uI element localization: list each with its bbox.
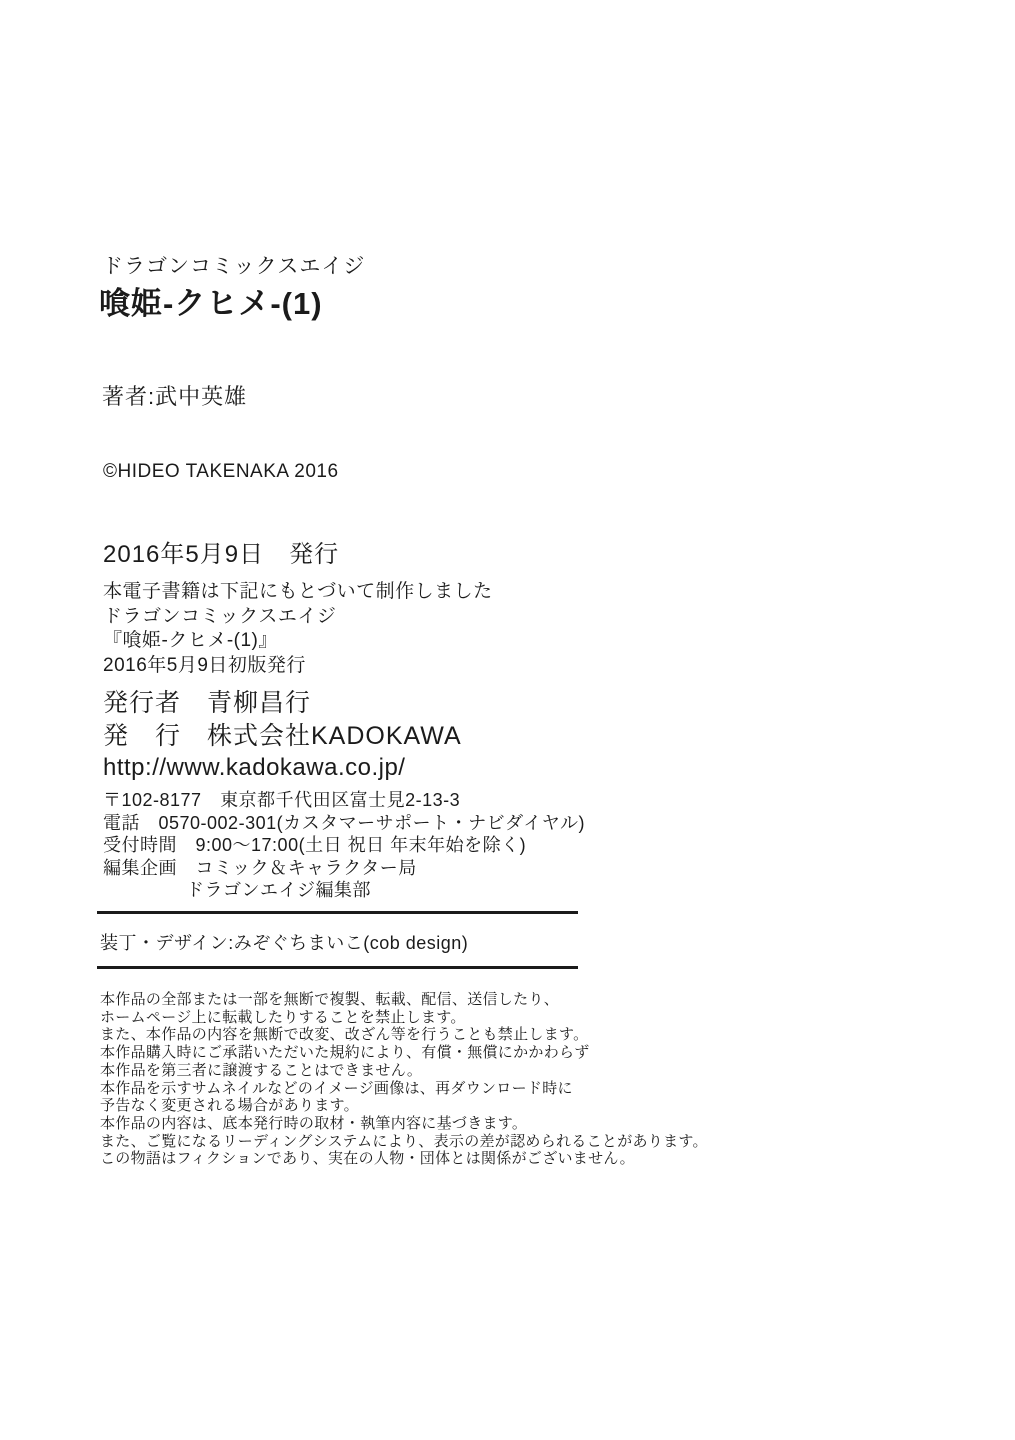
- legal-line: 本作品を第三者に譲渡することはできません。: [100, 1062, 708, 1080]
- editorial-planning: 編集企画 コミック＆キャラクター局: [103, 857, 585, 880]
- legal-line: この物語はフィクションであり、実在の人物・団体とは関係がございません。: [100, 1150, 708, 1168]
- imprint-label: ドラゴンコミックスエイジ: [102, 250, 365, 280]
- contact-block: 〒102-8177 東京都千代田区富士見2-13-3 電話 0570-002-3…: [103, 789, 585, 902]
- legal-line: 本作品購入時にご承諾いただいた規約により、有償・無償にかかわらず: [100, 1044, 708, 1062]
- phone-number: 電話 0570-002-301(カスタマーサポート・ナビダイヤル): [103, 812, 585, 835]
- support-hours: 受付時間 9:00〜17:00(土日 祝日 年末年始を除く): [103, 834, 585, 857]
- author-line: 著者:武中英雄: [102, 380, 247, 411]
- legal-line: ホームページ上に転載したりすることを禁止します。: [100, 1009, 708, 1027]
- legal-line: また、ご覧になるリーディングシステムにより、表示の差が認められることがあります。: [100, 1133, 708, 1151]
- divider-bottom: [97, 966, 578, 969]
- copyright-line: ©HIDEO TAKENAKA 2016: [103, 461, 339, 483]
- book-title: 喰姫-クヒメ-(1): [99, 278, 323, 323]
- edition-note-line: 2016年5月9日初版発行: [103, 654, 493, 679]
- legal-line: 本作品の内容は、底本発行時の取材・執筆内容に基づきます。: [100, 1115, 708, 1133]
- publisher-company: 発 行 株式会社KADOKAWA: [103, 720, 462, 753]
- edition-note: 本電子書籍は下記にもとづいて制作しました ドラゴンコミックスエイジ 『喰姫-クヒ…: [103, 580, 493, 678]
- legal-notice: 本作品の全部または一部を無断で複製、転載、配信、送信したり、 ホームページ上に転…: [100, 991, 708, 1168]
- legal-line: 予告なく変更される場合があります。: [100, 1097, 708, 1115]
- edition-note-line: ドラゴンコミックスエイジ: [103, 605, 493, 630]
- postal-address: 〒102-8177 東京都千代田区富士見2-13-3: [103, 789, 585, 812]
- colophon-page: ドラゴンコミックスエイジ 喰姫-クヒメ-(1) 著者:武中英雄 ©HIDEO T…: [0, 0, 1015, 1440]
- legal-line: 本作品の全部または一部を無断で複製、転載、配信、送信したり、: [100, 991, 708, 1009]
- publisher-person: 発行者 青柳昌行: [103, 687, 462, 720]
- divider-top: [97, 911, 578, 914]
- edition-note-line: 『喰姫-クヒメ-(1)』: [103, 629, 493, 654]
- issue-date: 2016年5月9日 発行: [103, 534, 339, 569]
- design-credit: 装丁・デザイン:みぞぐちまいこ(cob design): [100, 929, 468, 955]
- editorial-department: ドラゴンエイジ編集部: [103, 879, 585, 902]
- publisher-block: 発行者 青柳昌行 発 行 株式会社KADOKAWA http://www.kad…: [103, 687, 462, 785]
- legal-line: 本作品を示すサムネイルなどのイメージ画像は、再ダウンロード時に: [100, 1080, 708, 1098]
- edition-note-line: 本電子書籍は下記にもとづいて制作しました: [103, 580, 493, 605]
- publisher-website-url: http://www.kadokawa.co.jp/: [103, 752, 462, 785]
- legal-line: また、本作品の内容を無断で改変、改ざん等を行うことも禁止します。: [100, 1026, 708, 1044]
